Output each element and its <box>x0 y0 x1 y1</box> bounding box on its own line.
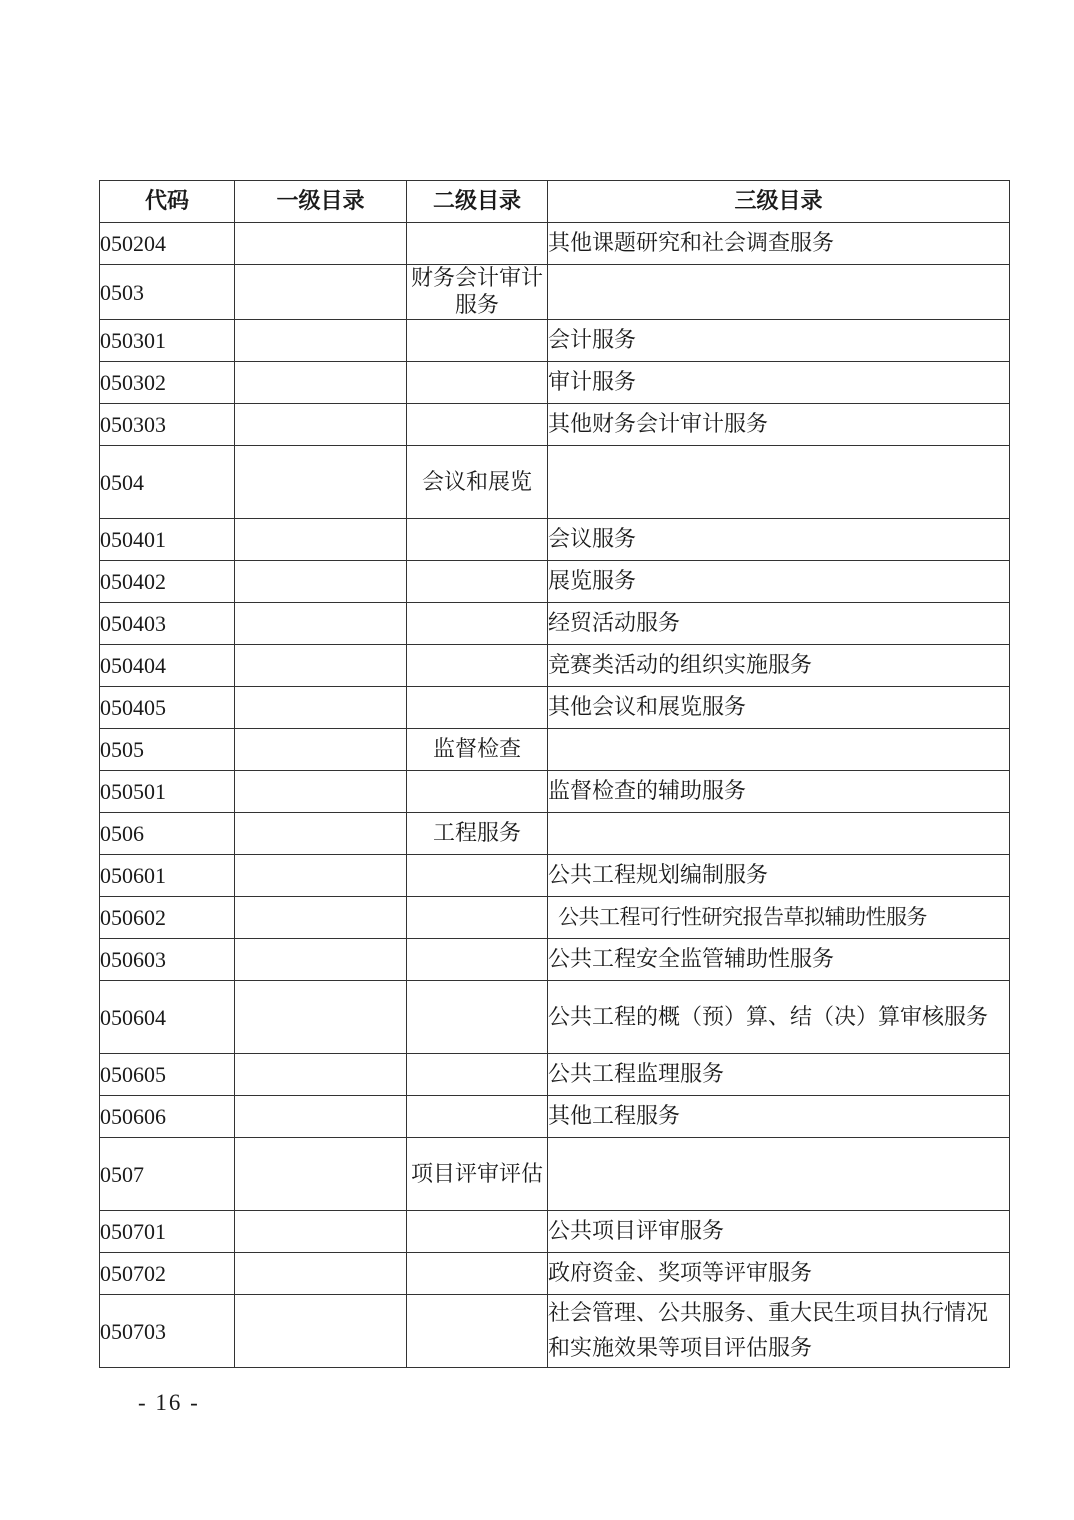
level2-cell: 财务会计审计服务 <box>407 265 548 320</box>
level2-cell: 项目评审评估 <box>407 1138 548 1211</box>
table-row: 050501 监督检查的辅助服务 <box>100 771 1010 813</box>
level2-cell <box>407 362 548 404</box>
level1-cell <box>235 855 407 897</box>
level3-cell: 公共工程可行性研究报告草拟辅助性服务 <box>548 897 1010 939</box>
code-cell: 0506 <box>100 813 235 855</box>
level3-cell: 其他课题研究和社会调查服务 <box>548 223 1010 265</box>
level1-cell <box>235 561 407 603</box>
level1-cell <box>235 1096 407 1138</box>
level3-cell: 其他工程服务 <box>548 1096 1010 1138</box>
table-row: 050604 公共工程的概（预）算、结（决）算审核服务 <box>100 981 1010 1054</box>
code-cell: 050402 <box>100 561 235 603</box>
code-cell: 050606 <box>100 1096 235 1138</box>
table-row: 050603 公共工程安全监管辅助性服务 <box>100 939 1010 981</box>
header-level2: 二级目录 <box>407 181 548 223</box>
level3-cell: 会计服务 <box>548 320 1010 362</box>
level3-cell: 其他财务会计审计服务 <box>548 404 1010 446</box>
level3-cell: 社会管理、公共服务、重大民生项目执行情况和实施效果等项目评估服务 <box>548 1295 1010 1368</box>
code-cell: 0504 <box>100 446 235 519</box>
catalog-table: 代码 一级目录 二级目录 三级目录 050204 其他课题研究和社会调查服务 0… <box>99 180 1010 1368</box>
code-cell: 050404 <box>100 645 235 687</box>
table-row: 050302 审计服务 <box>100 362 1010 404</box>
table-row: 050606 其他工程服务 <box>100 1096 1010 1138</box>
level2-cell <box>407 519 548 561</box>
level3-cell <box>548 446 1010 519</box>
table-row: 0504 会议和展览 <box>100 446 1010 519</box>
code-cell: 050301 <box>100 320 235 362</box>
level3-cell <box>548 1138 1010 1211</box>
table-row: 050703 社会管理、公共服务、重大民生项目执行情况和实施效果等项目评估服务 <box>100 1295 1010 1368</box>
code-cell: 050703 <box>100 1295 235 1368</box>
level1-cell <box>235 939 407 981</box>
level1-cell <box>235 981 407 1054</box>
table-row: 0507 项目评审评估 <box>100 1138 1010 1211</box>
table-row: 050303 其他财务会计审计服务 <box>100 404 1010 446</box>
table-row: 0505 监督检查 <box>100 729 1010 771</box>
level3-cell <box>548 813 1010 855</box>
code-cell: 050204 <box>100 223 235 265</box>
level1-cell <box>235 265 407 320</box>
level2-cell <box>407 855 548 897</box>
level2-cell <box>407 1295 548 1368</box>
level2-cell: 工程服务 <box>407 813 548 855</box>
page-number: - 16 - <box>138 1390 200 1416</box>
code-cell: 050601 <box>100 855 235 897</box>
header-level1: 一级目录 <box>235 181 407 223</box>
table-row: 050602 公共工程可行性研究报告草拟辅助性服务 <box>100 897 1010 939</box>
level1-cell <box>235 1253 407 1295</box>
table-row: 050404 竞赛类活动的组织实施服务 <box>100 645 1010 687</box>
level3-cell <box>548 729 1010 771</box>
table-row: 050204 其他课题研究和社会调查服务 <box>100 223 1010 265</box>
level1-cell <box>235 729 407 771</box>
level2-cell <box>407 223 548 265</box>
level2-cell: 监督检查 <box>407 729 548 771</box>
level2-cell: 会议和展览 <box>407 446 548 519</box>
level3-cell: 经贸活动服务 <box>548 603 1010 645</box>
table-row: 050301 会计服务 <box>100 320 1010 362</box>
level1-cell <box>235 603 407 645</box>
code-cell: 050701 <box>100 1211 235 1253</box>
code-cell: 050405 <box>100 687 235 729</box>
level2-cell <box>407 1096 548 1138</box>
code-cell: 050603 <box>100 939 235 981</box>
level2-cell <box>407 771 548 813</box>
level2-cell <box>407 404 548 446</box>
table-row: 0503 财务会计审计服务 <box>100 265 1010 320</box>
code-cell: 050303 <box>100 404 235 446</box>
code-cell: 050604 <box>100 981 235 1054</box>
code-cell: 050302 <box>100 362 235 404</box>
level2-cell <box>407 687 548 729</box>
table-row: 050402 展览服务 <box>100 561 1010 603</box>
level2-cell <box>407 561 548 603</box>
level1-cell <box>235 362 407 404</box>
level1-cell <box>235 897 407 939</box>
level2-cell <box>407 645 548 687</box>
level1-cell <box>235 446 407 519</box>
level3-cell: 公共工程的概（预）算、结（决）算审核服务 <box>548 981 1010 1054</box>
level2-cell <box>407 1253 548 1295</box>
level2-cell <box>407 1054 548 1096</box>
level2-cell <box>407 320 548 362</box>
level1-cell <box>235 223 407 265</box>
level2-cell <box>407 1211 548 1253</box>
table-row: 050403 经贸活动服务 <box>100 603 1010 645</box>
code-cell: 0507 <box>100 1138 235 1211</box>
level3-cell: 公共工程规划编制服务 <box>548 855 1010 897</box>
level2-cell <box>407 981 548 1054</box>
level1-cell <box>235 1138 407 1211</box>
header-row: 代码 一级目录 二级目录 三级目录 <box>100 181 1010 223</box>
level3-cell: 审计服务 <box>548 362 1010 404</box>
code-cell: 050702 <box>100 1253 235 1295</box>
header-level3: 三级目录 <box>548 181 1010 223</box>
table-row: 050701 公共项目评审服务 <box>100 1211 1010 1253</box>
table-row: 050405 其他会议和展览服务 <box>100 687 1010 729</box>
level3-cell: 展览服务 <box>548 561 1010 603</box>
level3-cell: 政府资金、奖项等评审服务 <box>548 1253 1010 1295</box>
level1-cell <box>235 404 407 446</box>
level2-cell <box>407 897 548 939</box>
level1-cell <box>235 1211 407 1253</box>
level3-cell: 公共项目评审服务 <box>548 1211 1010 1253</box>
level1-cell <box>235 771 407 813</box>
code-cell: 0503 <box>100 265 235 320</box>
level1-cell <box>235 1295 407 1368</box>
table-row: 050601 公共工程规划编制服务 <box>100 855 1010 897</box>
level3-cell <box>548 265 1010 320</box>
table-row: 050702 政府资金、奖项等评审服务 <box>100 1253 1010 1295</box>
level3-cell: 竞赛类活动的组织实施服务 <box>548 645 1010 687</box>
level1-cell <box>235 1054 407 1096</box>
level1-cell <box>235 813 407 855</box>
code-cell: 050501 <box>100 771 235 813</box>
level2-cell <box>407 939 548 981</box>
code-cell: 050602 <box>100 897 235 939</box>
level2-cell <box>407 603 548 645</box>
level3-cell: 会议服务 <box>548 519 1010 561</box>
code-cell: 050403 <box>100 603 235 645</box>
level1-cell <box>235 645 407 687</box>
level3-cell: 公共工程监理服务 <box>548 1054 1010 1096</box>
code-cell: 0505 <box>100 729 235 771</box>
table-row: 0506 工程服务 <box>100 813 1010 855</box>
level3-cell: 公共工程安全监管辅助性服务 <box>548 939 1010 981</box>
level1-cell <box>235 519 407 561</box>
code-cell: 050401 <box>100 519 235 561</box>
table-row: 050401 会议服务 <box>100 519 1010 561</box>
level1-cell <box>235 687 407 729</box>
code-cell: 050605 <box>100 1054 235 1096</box>
level3-cell: 监督检查的辅助服务 <box>548 771 1010 813</box>
table-row: 050605 公共工程监理服务 <box>100 1054 1010 1096</box>
level1-cell <box>235 320 407 362</box>
level3-cell: 其他会议和展览服务 <box>548 687 1010 729</box>
header-code: 代码 <box>100 181 235 223</box>
